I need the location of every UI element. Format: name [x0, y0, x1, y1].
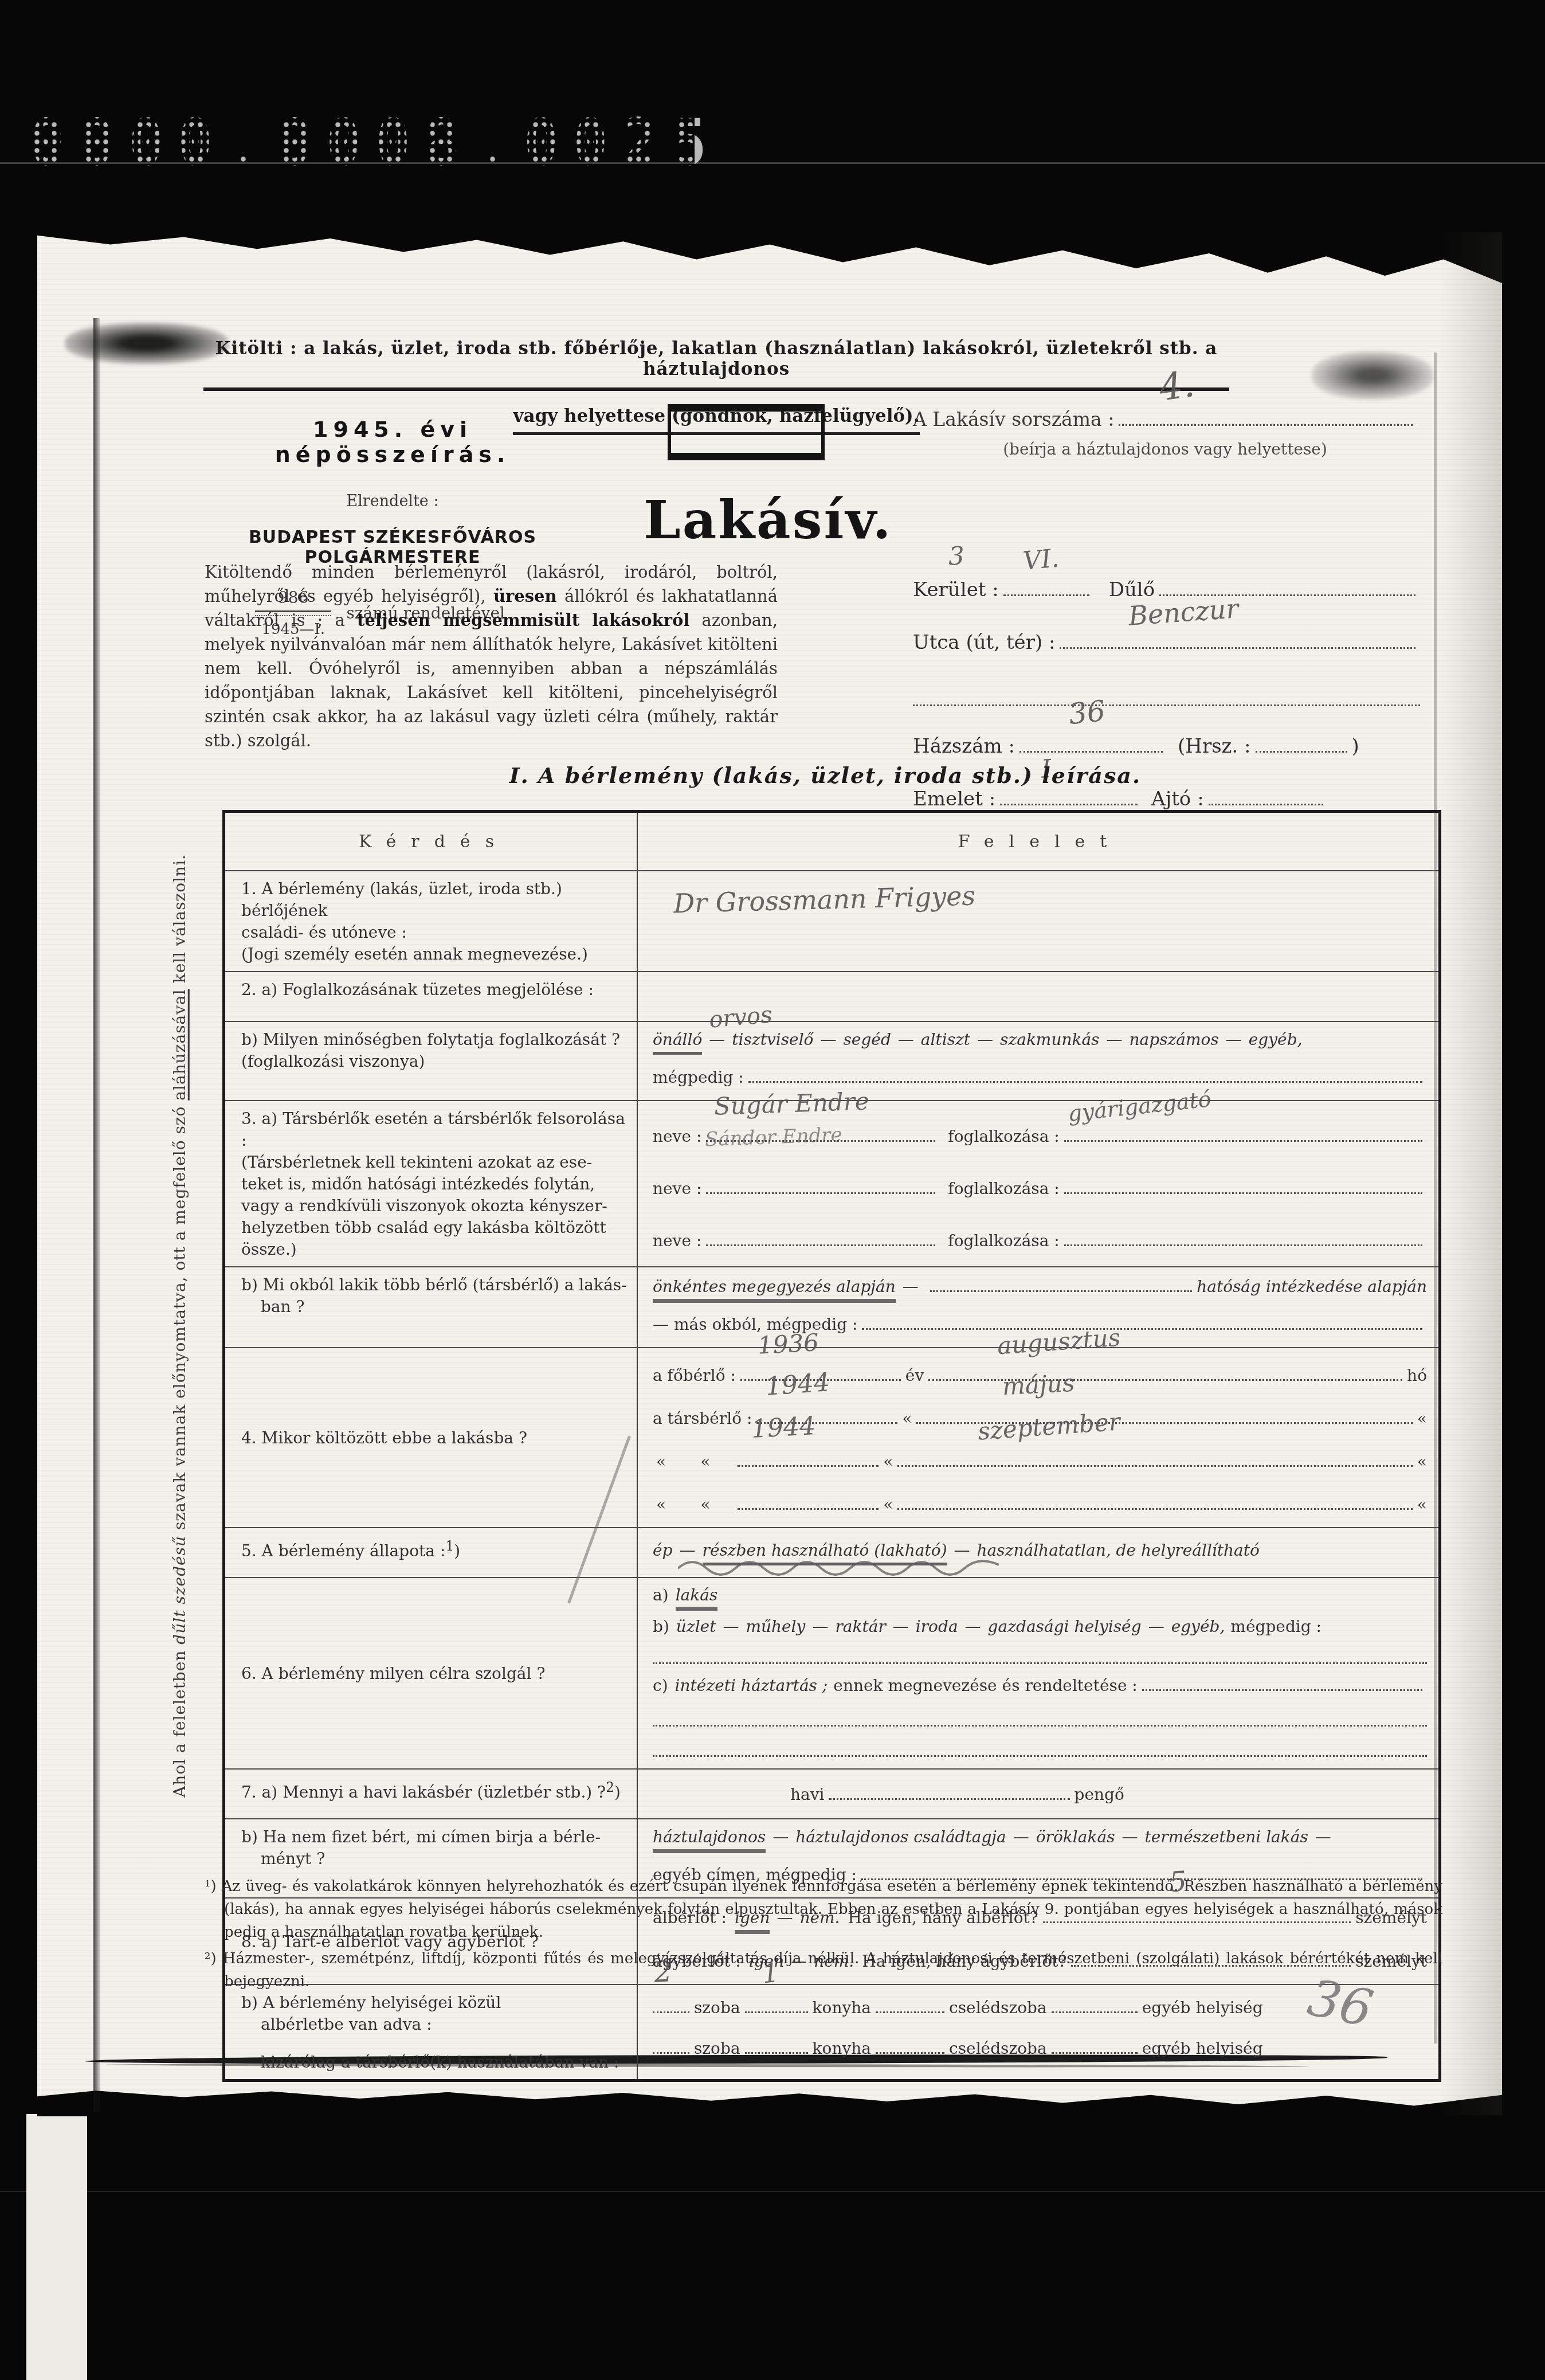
question-2a: 2. a) Foglalkozásának tüzetes megjelölés…: [225, 972, 638, 1021]
option-condo: öröklakás: [1036, 1826, 1115, 1848]
answer-6: a) lakás b) üzlet— műhely— raktár— iroda…: [638, 1578, 1438, 1768]
other-room-label: egyéb helyiség: [1142, 1997, 1263, 2019]
question-1: 1. A bérlemény (lakás, üzlet, iroda stb.…: [225, 871, 638, 971]
option-other-reason: — más okból, mégpedig :: [653, 1314, 857, 1336]
census-title: 1945. évi népösszeírás.: [203, 417, 582, 467]
rooms-line: [653, 2036, 689, 2054]
cotenant-month-handwritten: május: [1002, 1372, 1076, 1398]
torn-edge-top: [37, 231, 1502, 306]
occupation-line-1: gyárigazgató: [1064, 1124, 1422, 1142]
dotted-line: [862, 1312, 1422, 1330]
ditto-mark: «: [700, 1451, 710, 1473]
form-title: Lakásív.: [644, 489, 893, 551]
question-3b-line2: ban ?: [241, 1296, 628, 1318]
cotenant-label: a társbérlő :: [653, 1408, 752, 1430]
option-owner-family: háztulajdonos családtagja: [795, 1826, 1006, 1848]
kitchen-label: konyha: [813, 1997, 871, 2019]
question-3a: 3. a) Társbérlők esetén a társbérlők fel…: [225, 1101, 638, 1266]
option-seged: segéd: [843, 1029, 891, 1051]
ditto-mark: «: [1417, 1451, 1427, 1473]
question-3b-line1: b) Mi okból lakik több bérlő (társbérlő)…: [241, 1274, 628, 1296]
housenumber-line: 36: [1019, 731, 1163, 753]
district-label: Kerület :: [913, 578, 999, 601]
question-5-text: 5. A bérlemény állapota :: [241, 1541, 445, 1560]
intro-part3: azonban, melyek nyilvánvalóan már nem ál…: [205, 610, 778, 750]
question-8b: b) A bérlemény helyiségei közül albérlet…: [225, 1985, 638, 2079]
dash-separator: —: [1226, 1029, 1242, 1051]
answer-4: a főbérlő : 1936 év augusztus hó a társb…: [638, 1348, 1438, 1527]
occupation-label: foglalkozása :: [948, 1178, 1059, 1200]
pengo-label: pengő: [1075, 1784, 1124, 1806]
ditto-mark: «: [1417, 1494, 1427, 1516]
table-row: 4. Mikor költözött ebbe a lakásba ? a fő…: [225, 1347, 1438, 1527]
fold-line-left: [93, 318, 100, 2112]
ditto-mark: «: [656, 1494, 666, 1516]
megpedig-label: mégpedig :: [1230, 1616, 1322, 1637]
ditto-mark: «: [883, 1494, 893, 1516]
margin-note-part2: szavak vannak előnyomtatva, ott a megfel…: [170, 1100, 189, 1535]
option-institutional: intézeti háztartás ;: [675, 1676, 828, 1696]
name-label: neve :: [653, 1178, 701, 1200]
margin-note-underlined: aláhúzásával: [170, 989, 189, 1100]
question-2b: b) Milyen minőségben folytatja foglalkoz…: [225, 1022, 638, 1100]
room-label: szoba: [694, 2038, 740, 2060]
footnote-ref-1: 1: [445, 1538, 454, 1554]
question-7b-line1: b) Ha nem fizet bért, mi címen birja a b…: [241, 1826, 628, 1848]
floor-label: Emelet :: [913, 788, 995, 811]
option-authority: hatóság intézkedése alapján: [1197, 1276, 1427, 1298]
monthly-label: havi: [790, 1784, 825, 1806]
pencil-squiggle-mark: [678, 1558, 999, 1579]
film-scratch-line-bottom: [0, 2191, 1545, 2192]
col-header-answer: Felelet: [638, 813, 1438, 870]
question-7b-line2: ményt ?: [241, 1848, 628, 1870]
month-line: [897, 1492, 1412, 1510]
film-edge-strip: [26, 2114, 87, 2380]
page-edge-shadow: [1439, 232, 1502, 2115]
door-label: Ajtó :: [1151, 788, 1204, 811]
other-room-line: [1052, 1995, 1138, 2013]
cotenant-name-handwritten: Sugár Endre: [714, 1090, 870, 1117]
dash-separator: —: [723, 1616, 739, 1637]
option-voluntary: önkéntes megegyezés alapján: [653, 1276, 896, 1303]
option-egyeb: egyéb,: [1249, 1029, 1303, 1051]
dash-separator: —: [820, 1029, 836, 1051]
name-label: neve :: [653, 1230, 701, 1252]
footnote-1-mark: ¹): [205, 1878, 217, 1895]
table-row: 6. A bérlemény milyen célra szolgál ? a)…: [225, 1577, 1438, 1768]
ditto-mark: «: [700, 1494, 710, 1516]
film-frame-number: 0000.0008.0025: [30, 109, 689, 189]
dash-separator: —: [893, 1616, 909, 1637]
option-intact: ép: [653, 1540, 673, 1561]
item-b-label: b): [653, 1616, 669, 1637]
month-line: augusztus: [928, 1363, 1402, 1381]
table-row: b) Mi okból lakik több bérlő (társbérlő)…: [225, 1266, 1438, 1347]
dash-separator: —: [898, 1029, 914, 1051]
maid-room-label: cselédszoba: [949, 1997, 1047, 2019]
question-8b-line2: albérletbe van adva :: [241, 2014, 628, 2035]
question-4: 4. Mikor költözött ebbe a lakásba ?: [225, 1348, 638, 1527]
street-line: Benczur: [1060, 628, 1415, 649]
intro-bold1: üresen: [493, 586, 557, 606]
dash-separator: —: [977, 1029, 993, 1051]
document-page: Kitölti : a lakás, üzlet, iroda stb. főb…: [37, 232, 1502, 2115]
lot-close: ): [1352, 735, 1359, 758]
month-line: szeptember: [897, 1449, 1412, 1467]
table-row: 5. A bérlemény állapota :1) ép — részben…: [225, 1527, 1438, 1577]
table-row: b) A bérlemény helyiségei közül albérlet…: [225, 1984, 1438, 2079]
cotenant2-year-handwritten: 1944: [751, 1415, 816, 1440]
microfilm-scan: 0000.0008.0025 Kitölti : a lakás, üzlet,…: [0, 0, 1545, 2380]
main-tenant-month-handwritten: augusztus: [997, 1327, 1121, 1357]
kitchen-line: [745, 2036, 808, 2054]
margin-note: Ahol a feleletben dűlt szedésű szavak va…: [164, 805, 194, 1846]
serial-note: (beírja a háztulajdonos vagy helyettese): [913, 440, 1417, 459]
table-header-row: Kérdés Felelet: [225, 813, 1438, 870]
question-6: 6. A bérlemény milyen célra szolgál ?: [225, 1578, 638, 1768]
dash-separator: —: [709, 1029, 725, 1051]
dotted-line: [653, 1739, 1427, 1757]
serial-label: A Lakásív sorszáma :: [913, 408, 1114, 430]
option-shop: üzlet: [676, 1616, 716, 1637]
footnote-1-text: Az üveg- és vakolatkárok könnyen helyreh…: [222, 1878, 1442, 1941]
answer-1-handwritten: Dr Grossmann Frigyes: [673, 873, 1428, 914]
footnote-2-text: Házmester-, szemétpénz, liftdíj, központ…: [223, 1950, 1442, 1990]
dash-separator: —: [903, 1276, 919, 1298]
year-line: [738, 1492, 879, 1510]
door-handwritten: 3: [948, 542, 965, 571]
ditto-mark: «: [656, 1451, 666, 1473]
dotted-line: [930, 1274, 1192, 1292]
dotted-line: [748, 1065, 1422, 1083]
torn-edge-bottom: [37, 2081, 1502, 2116]
question-1-line1: 1. A bérlemény (lakás, üzlet, iroda stb.…: [241, 878, 628, 922]
option-in-kind: természetbeni lakás: [1145, 1826, 1308, 1848]
question-8b-line3: kizárólag a társbérlő(k) használatában v…: [241, 2052, 628, 2073]
dash-separator: —: [812, 1616, 828, 1637]
occupation-line-3: [1064, 1228, 1422, 1246]
cotenant2-month-handwritten: szeptember: [977, 1411, 1121, 1442]
option-altiszt: altiszt: [921, 1029, 970, 1051]
cotenant-year-handwritten: 1944: [765, 1372, 830, 1398]
dotted-line: [1142, 1673, 1422, 1691]
question-3a-line: helyzetben több család egy lakásba költö…: [241, 1217, 628, 1239]
item-a-label: a): [653, 1585, 669, 1606]
table-row: 1. A bérlemény (lakás, üzlet, iroda stb.…: [225, 870, 1438, 971]
district-handwritten: VI.: [1022, 543, 1060, 576]
occupation-label: foglalkozása :: [948, 1230, 1059, 1252]
option-workshop: műhely: [746, 1616, 805, 1637]
dulo-line: [1159, 575, 1415, 596]
institutional-rest: ennek megnevezése és rendeltetése :: [833, 1676, 1137, 1696]
question-3a-line: (Társbérletnek kell tekinteni azokat az …: [241, 1152, 628, 1173]
cotenant-name2-handwritten: Sándor Endre: [705, 1124, 843, 1150]
film-frame-number-text: 0000.0008.0025: [30, 105, 721, 180]
col-header-question: Kérdés: [225, 813, 638, 870]
maid-room-line: [876, 1995, 944, 2013]
district-line: VI.: [1003, 575, 1089, 596]
other-room-line: [1052, 2036, 1138, 2054]
housenumber-label: Házszám :: [913, 735, 1015, 758]
maid-room-label: cselédszoba: [949, 2038, 1047, 2060]
dotted-line: [653, 1646, 1427, 1664]
question-7a-text: 7. a) Mennyi a havi lakásbér (üzletbér s…: [241, 1783, 606, 1802]
option-tisztviselo: tisztviselő: [732, 1029, 813, 1051]
main-tenant-year-handwritten: 1936: [757, 1332, 819, 1357]
option-onallo: önálló: [653, 1029, 702, 1055]
serial-number-handwritten: 4.: [1156, 363, 1197, 410]
option-farm-room: gazdasági helyiség: [988, 1616, 1142, 1637]
question-2b-line1: b) Milyen minőségben folytatja foglalkoz…: [241, 1029, 628, 1051]
dash-separator: —: [772, 1826, 789, 1848]
lot-line: [1256, 731, 1347, 753]
table-row: 3. a) Társbérlők esetén a társbérlők fel…: [225, 1100, 1438, 1266]
question-3a-line: 3. a) Társbérlők esetén a társbérlők fel…: [241, 1108, 628, 1152]
footnote-ref-2: 2: [606, 1779, 614, 1795]
option-unusable: használhatatlan, de helyreállítható: [977, 1540, 1260, 1561]
footnote-2-mark: ²): [205, 1950, 217, 1967]
name-line-1: Sugár Endre Sándor Endre: [706, 1124, 935, 1142]
margin-note-part3: kell válaszolni.: [170, 854, 189, 989]
question-1-line2: családi- és utóneve :: [241, 922, 628, 944]
question-3a-line: teket is, midőn hatósági intézkedés foly…: [241, 1173, 628, 1195]
dash-separator: —: [1013, 1826, 1029, 1848]
ditto-mark: «: [902, 1408, 912, 1430]
answer-2a: orvos: [638, 972, 1438, 1021]
megpedig-label: mégpedig :: [653, 1067, 744, 1089]
name-line-2: [706, 1176, 935, 1194]
item-c-label: c): [653, 1676, 668, 1696]
answer-5: ép — részben használható (lakható) — has…: [638, 1528, 1438, 1577]
dash-separator: —: [965, 1616, 981, 1637]
main-tenant-label: a főbérlő :: [653, 1365, 736, 1387]
question-7a: 7. a) Mennyi a havi lakásbér (üzletbér s…: [225, 1770, 638, 1818]
serial-block: 4. A Lakásív sorszáma : (beírja a háztul…: [913, 370, 1417, 459]
dash-separator: —: [1315, 1826, 1331, 1848]
address-extra-line: [913, 685, 1420, 706]
registration-box: [668, 404, 825, 460]
rent-line: [829, 1782, 1070, 1800]
option-dwelling: lakás: [676, 1585, 718, 1611]
answer-7a: havi pengő: [638, 1770, 1438, 1818]
occupation-label: foglalkozása :: [948, 1126, 1059, 1148]
other-room-label: egyéb helyiség: [1142, 2038, 1263, 2060]
year-line: 1944: [738, 1449, 879, 1467]
option-house-owner: háztulajdonos: [653, 1826, 766, 1853]
question-2b-line2: (foglalkozási viszonya): [241, 1051, 628, 1072]
street-label: Utca (út, tér) :: [913, 631, 1055, 654]
name-label: neve :: [653, 1126, 701, 1148]
table-row: 7. a) Mennyi a havi lakásbér (üzletbér s…: [225, 1768, 1438, 1818]
dash-separator: —: [1148, 1616, 1164, 1637]
ditto-mark: «: [883, 1451, 893, 1473]
question-1-line3: (Jogi személy esetén annak megnevezése.): [241, 944, 628, 965]
rooms-line: 2: [653, 1995, 689, 2013]
question-3a-line: vagy a rendkívüli viszonyok okozta kénys…: [241, 1195, 628, 1217]
dulo-label: Dűlő: [1109, 578, 1155, 601]
option-warehouse: raktár: [835, 1616, 885, 1637]
room-label: szoba: [694, 1997, 740, 2019]
section-title: I. A bérlemény (lakás, üzlet, iroda stb.…: [203, 762, 1447, 788]
option-szakmunkas: szakmunkás: [1000, 1029, 1099, 1051]
dotted-line: [653, 1709, 1427, 1727]
intro-paragraph: Kitöltendő minden bérleményről (lakásról…: [205, 560, 778, 753]
option-other: egyéb,: [1171, 1616, 1225, 1637]
name-line-3: [706, 1228, 935, 1246]
option-office: iroda: [916, 1616, 958, 1637]
occupation-line-2: [1064, 1176, 1422, 1194]
footnotes: ¹) Az üveg- és vakolatkárok könnyen hely…: [205, 1875, 1442, 1997]
margin-note-italic: dűlt szedésű: [170, 1536, 189, 1645]
film-scratch-line-top: [0, 162, 1545, 164]
dash-separator: —: [1107, 1029, 1123, 1051]
maid-room-line: [876, 2036, 944, 2054]
year-unit: év: [905, 1365, 924, 1387]
option-napszamos: napszámos: [1130, 1029, 1219, 1051]
answer-2b: önálló— tisztviselő— segéd— altiszt— sza…: [638, 1022, 1438, 1100]
answer-3a: neve : Sugár Endre Sándor Endre foglalko…: [638, 1101, 1438, 1266]
intro-bold2: teljesen megsemmisült lakásokról: [357, 610, 689, 630]
ditto-mark: «: [1417, 1408, 1427, 1430]
lot-label: (Hrsz. :: [1178, 735, 1251, 758]
dash-separator: —: [1122, 1826, 1138, 1848]
month-unit: hó: [1407, 1365, 1427, 1387]
question-3b: b) Mi okból lakik több bérlő (társbérlő)…: [225, 1267, 638, 1347]
table-row: 2. a) Foglalkozásának tüzetes megjelölés…: [225, 971, 1438, 1021]
housenumber-handwritten: 36: [1067, 694, 1107, 731]
kitchen-label: konyha: [813, 2038, 871, 2060]
margin-note-part1: Ahol a feleletben: [170, 1644, 189, 1797]
ordered-by-label: Elrendelte :: [203, 492, 582, 510]
kitchen-line: 1: [745, 1995, 808, 2013]
question-5: 5. A bérlemény állapota :1): [225, 1528, 638, 1577]
question-3a-line: össze.): [241, 1239, 628, 1261]
